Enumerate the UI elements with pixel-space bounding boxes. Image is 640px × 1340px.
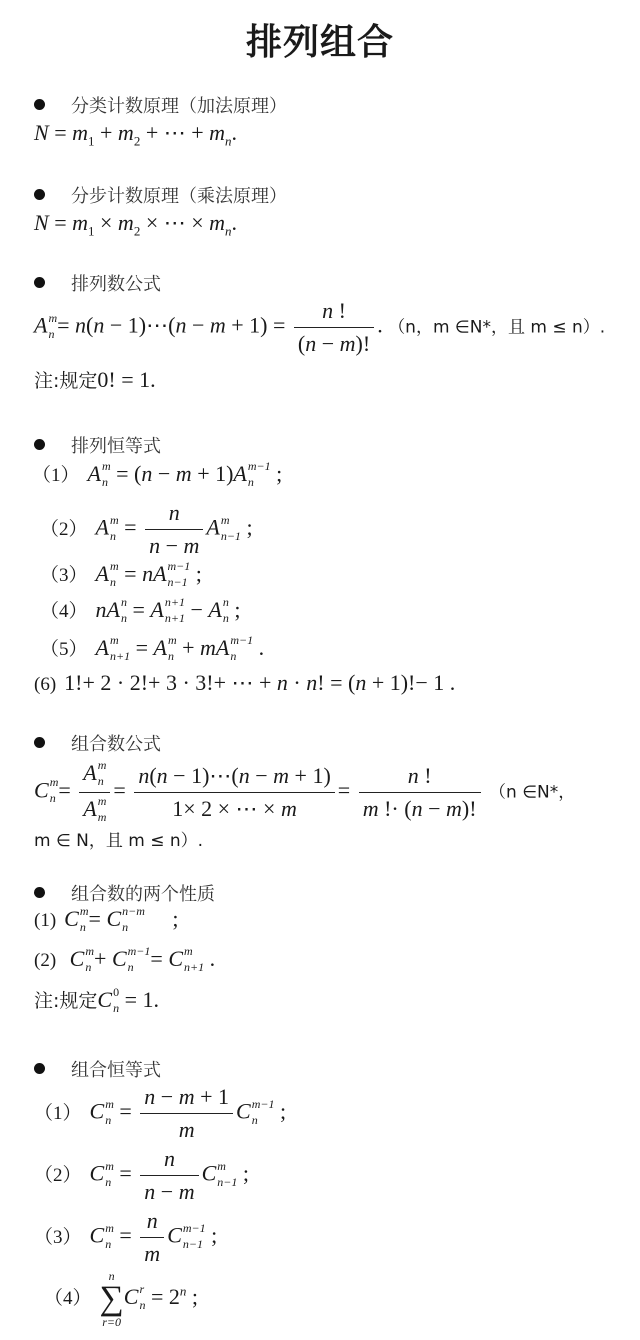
perm-identity-2: （2）Amn = nn − mAmn−1 ; xyxy=(40,500,253,559)
section-heading-permutation-identities: 排列恒等式 xyxy=(34,432,161,458)
combination-condition-2: m ∈ N，且 m ≤ n）. xyxy=(34,826,203,852)
bullet-icon xyxy=(34,439,45,450)
heading-text: 排列数公式 xyxy=(71,274,161,295)
formula-permutation: Amn= n(n − 1)⋯(n − m + 1) = n !(n − m)!.… xyxy=(34,298,605,357)
comb-identity-2: （2）Cmn = nn − mCmn−1 ; xyxy=(34,1146,249,1205)
condition-text: m ∈ N，且 m ≤ n）. xyxy=(34,831,203,851)
item-label: （4） xyxy=(40,601,88,622)
perm-identity-4: （4）nAnn = An+1n+1 − Ann ; xyxy=(40,596,240,626)
note-label: 注:规定 xyxy=(34,370,97,392)
formula-multiplication: N = m1 × m2 × ⋯ × mn. xyxy=(34,210,237,239)
item-label: （2） xyxy=(40,519,88,540)
section-heading-combination-identities: 组合恒等式 xyxy=(34,1056,161,1082)
bullet-icon xyxy=(34,1063,45,1074)
permutation-note: 注:规定0! = 1. xyxy=(34,366,156,393)
item-label: （2） xyxy=(34,1165,82,1186)
heading-text: 分步计数原理（乘法原理） xyxy=(71,186,287,207)
heading-text: 组合恒等式 xyxy=(71,1060,161,1081)
perm-identity-3: （3）Amn = nAm−1n−1 ; xyxy=(40,560,202,590)
heading-text: 排列恒等式 xyxy=(71,436,161,457)
combination-condition-1: （n ∈N*， xyxy=(489,783,575,803)
section-heading-multiplication: 分步计数原理（乘法原理） xyxy=(34,182,287,208)
permutation-condition: （n，m ∈N*，且 m ≤ n）. xyxy=(388,318,605,338)
formula-combination: Cmn= AmnAmm= n(n − 1)⋯(n − m + 1)1× 2 × … xyxy=(34,760,575,825)
comb-property-1: (1)Cmn= Cn−mn ; xyxy=(34,906,179,935)
item-label: （5） xyxy=(40,639,88,660)
item-label: （1） xyxy=(34,1103,82,1124)
item-label: （3） xyxy=(34,1227,82,1248)
heading-text: 分类计数原理（加法原理） xyxy=(71,96,287,117)
item-label: （3） xyxy=(40,565,88,586)
item-label: （4） xyxy=(44,1288,92,1309)
perm-identity-1: （1）Amn = (n − m + 1)Am−1n ; xyxy=(32,460,282,490)
comb-identity-4: （4）n∑r=0Crn = 2n ; xyxy=(44,1270,198,1328)
combination-note: 注:规定C0n = 1. xyxy=(34,986,159,1016)
item-label: （1） xyxy=(32,465,80,486)
section-heading-addition: 分类计数原理（加法原理） xyxy=(34,92,287,118)
summation-icon: n∑r=0 xyxy=(100,1270,124,1328)
heading-text: 组合数的两个性质 xyxy=(71,884,215,905)
perm-identity-5: （5）Amn+1 = Amn + mAm−1n . xyxy=(40,634,264,664)
bullet-icon xyxy=(34,277,45,288)
bullet-icon xyxy=(34,887,45,898)
bullet-icon xyxy=(34,737,45,748)
item-label: (2) xyxy=(34,950,56,971)
bullet-icon xyxy=(34,99,45,110)
formula-addition: N = m1 + m2 + ⋯ + mn. xyxy=(34,120,237,149)
heading-text: 组合数公式 xyxy=(71,734,161,755)
item-label: (1) xyxy=(34,910,56,931)
section-heading-permutation-formula: 排列数公式 xyxy=(34,270,161,296)
item-label: (6) xyxy=(34,674,56,695)
bullet-icon xyxy=(34,189,45,200)
section-heading-combination-properties: 组合数的两个性质 xyxy=(34,880,215,906)
comb-property-2: (2) Cmn+ Cm−1n= Cmn+1 . xyxy=(34,946,215,975)
comb-identity-3: （3）Cmn = nmCm−1n−1 ; xyxy=(34,1208,217,1267)
page-title: 排列组合 xyxy=(0,14,640,65)
section-heading-combination-formula: 组合数公式 xyxy=(34,730,161,756)
comb-identity-1: （1）Cmn = n − m + 1mCm−1n ; xyxy=(34,1084,286,1143)
note-label: 注:规定 xyxy=(34,990,97,1012)
perm-identity-6: (6)1!+ 2 · 2!+ 3 · 3!+ ⋯ + n · n! = (n +… xyxy=(34,670,455,696)
